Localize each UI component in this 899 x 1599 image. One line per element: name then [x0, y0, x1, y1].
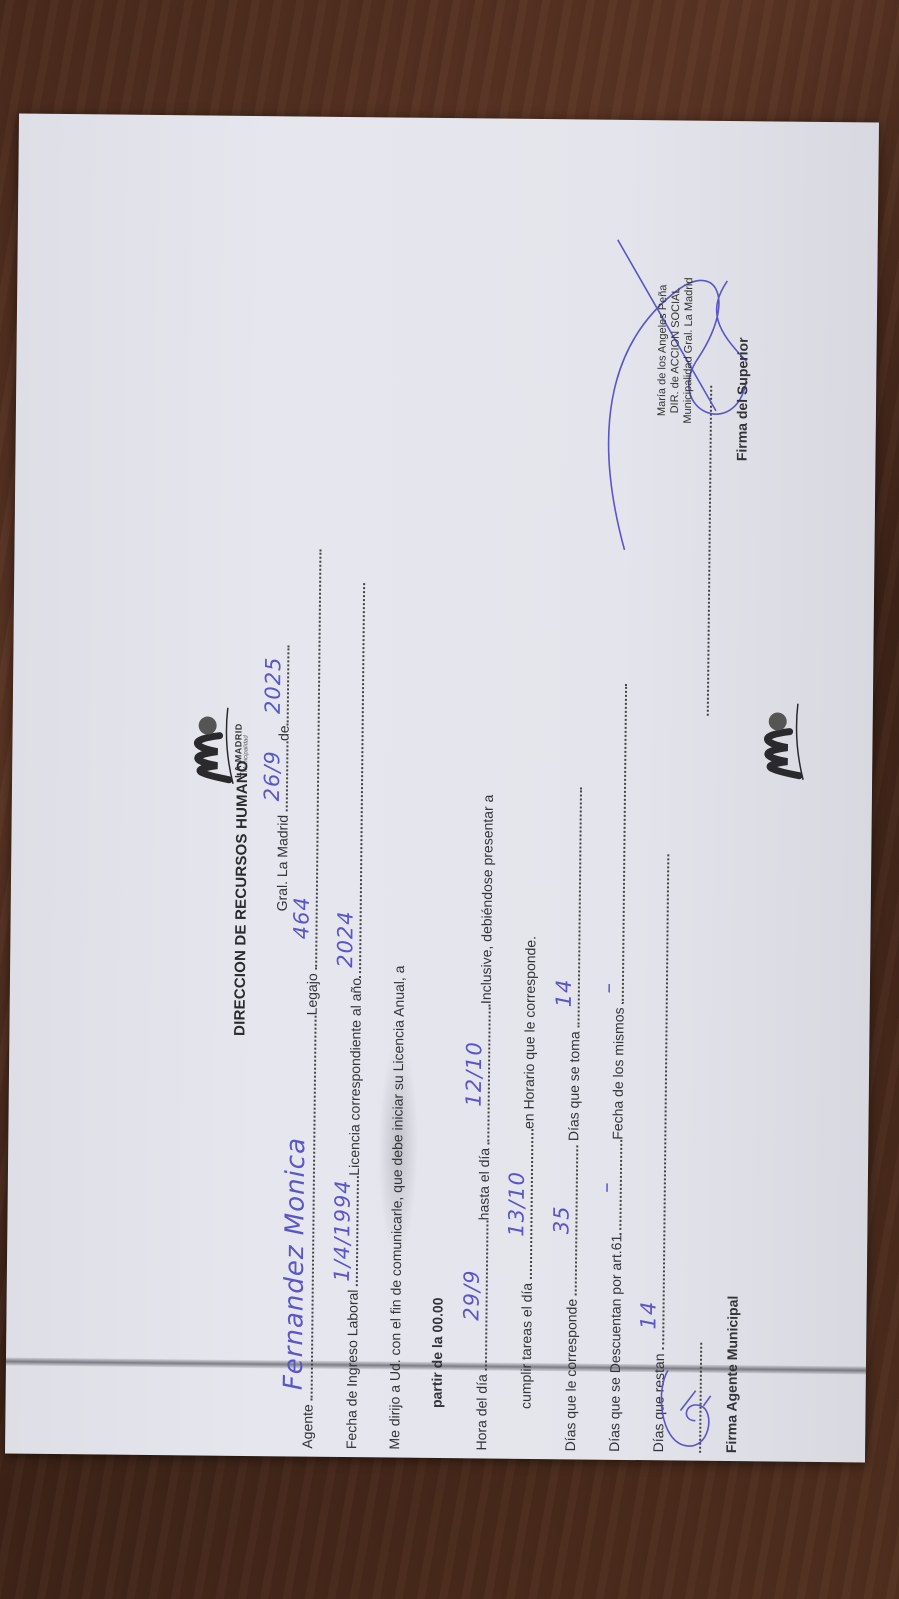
- dias-corresponde-line: Días que le corresponde 35 Días que se t…: [561, 787, 585, 1451]
- fecha-ingreso-line: Fecha de Ingreso Laboral 1/4/1994Licenci…: [342, 583, 368, 1449]
- horario-text: en Horario que le corresponde.: [520, 936, 538, 1129]
- dias-corresponde-field[interactable]: 35: [563, 1145, 579, 1295]
- hora-line: Hora del día 29/9hasta el día 12/10Inclu…: [472, 795, 496, 1451]
- cumplir-value: 13/10: [504, 1129, 530, 1279]
- hora-field[interactable]: 29/9: [473, 1220, 489, 1370]
- agente-label: Agente: [299, 1404, 315, 1449]
- dias-descuentan-label: Días que se Descuentan por art.61: [606, 1235, 624, 1452]
- agente-line: Agente Fernandez MonicaLegajo 464: [298, 549, 324, 1448]
- dias-restan-value: 14: [636, 854, 665, 1349]
- logo-mark-icon: [177, 705, 238, 786]
- fecha-ingreso-value: 1/4/1994: [330, 1175, 355, 1285]
- place-date-field[interactable]: 26/9: [274, 741, 289, 811]
- agente-value: Fernandez Monica: [279, 1015, 313, 1400]
- year-field[interactable]: 2025: [275, 645, 290, 725]
- dias-descuentan-line: Días que se Descuentan por art.61–Fecha …: [605, 683, 630, 1451]
- year-value: 2025: [261, 645, 286, 725]
- cumplir-label: cumplir tareas el día: [518, 1283, 535, 1409]
- fecha-mismos-field[interactable]: –: [610, 683, 627, 1003]
- de-label: de: [275, 725, 291, 741]
- dias-toma-label: Días que se toma: [565, 1031, 582, 1141]
- licencia-year-value: 2024: [333, 583, 361, 978]
- hasta-value: 12/10: [461, 1004, 486, 1144]
- agente-field[interactable]: Fernandez Monica: [299, 1015, 317, 1400]
- rotated-form: LA MADRID Municipalidad DIRECCION DE REC…: [5, 114, 879, 1463]
- dias-descuentan-value: –: [593, 1139, 618, 1234]
- place-date-value: 26/9: [260, 741, 285, 811]
- dias-toma-value: 14: [552, 787, 579, 1027]
- cumplir-line: cumplir tareas el día 13/10en Horario qu…: [517, 936, 539, 1409]
- superior-stamp: María de los Angeles Peña DIR. de ACCION…: [655, 240, 696, 460]
- document-page: LA MADRID Municipalidad DIRECCION DE REC…: [5, 114, 879, 1463]
- bottom-logo: [747, 671, 828, 782]
- legajo-label: Legajo: [304, 973, 320, 1015]
- partir-text: partir de la 00.00: [429, 1297, 446, 1408]
- agente-signature-icon: [655, 1330, 716, 1451]
- logo-mark-icon: [747, 701, 808, 782]
- stamp-line-3: Municipalidad Gral. La Madrid: [681, 241, 696, 461]
- licencia-label: Licencia correspondiente al año: [346, 978, 364, 1176]
- intro-text: Me dirijo a Ud. con el fin de comunicarl…: [386, 965, 407, 1449]
- place-label: Gral. La Madrid: [274, 815, 291, 912]
- legajo-value: 464: [289, 549, 317, 969]
- inclusive-text: Inclusive, debiéndose presentar a: [478, 795, 496, 1005]
- fecha-mismos-label: Fecha de los mismos: [609, 1007, 626, 1139]
- legajo-field[interactable]: 464: [303, 549, 321, 969]
- fecha-ingreso-field[interactable]: 1/4/1994: [344, 1176, 359, 1286]
- page-title: DIRECCION DE RECURSOS HUMANO: [231, 760, 251, 1036]
- firma-agente-label: Firma Agente Municipal: [723, 1296, 741, 1454]
- dias-descuentan-field[interactable]: –: [607, 1140, 622, 1235]
- hasta-field[interactable]: 12/10: [475, 1004, 490, 1144]
- firma-superior-label: Firma del Superior: [733, 337, 750, 461]
- dias-corresponde-value: 35: [549, 1145, 575, 1295]
- hora-label: Hora del día: [473, 1374, 490, 1450]
- licencia-year-field[interactable]: 2024: [347, 583, 365, 978]
- fecha-mismos-value: –: [596, 683, 623, 1003]
- fecha-ingreso-label: Fecha de Ingreso Laboral: [343, 1289, 361, 1449]
- hasta-label: hasta el día: [475, 1148, 492, 1221]
- dias-restan-field[interactable]: 14: [650, 855, 669, 1350]
- hora-value: 29/9: [459, 1220, 485, 1370]
- cumplir-field[interactable]: 13/10: [518, 1129, 534, 1279]
- dias-toma-field[interactable]: 14: [566, 787, 583, 1027]
- dias-corresponde-label: Días que le corresponde: [562, 1299, 580, 1452]
